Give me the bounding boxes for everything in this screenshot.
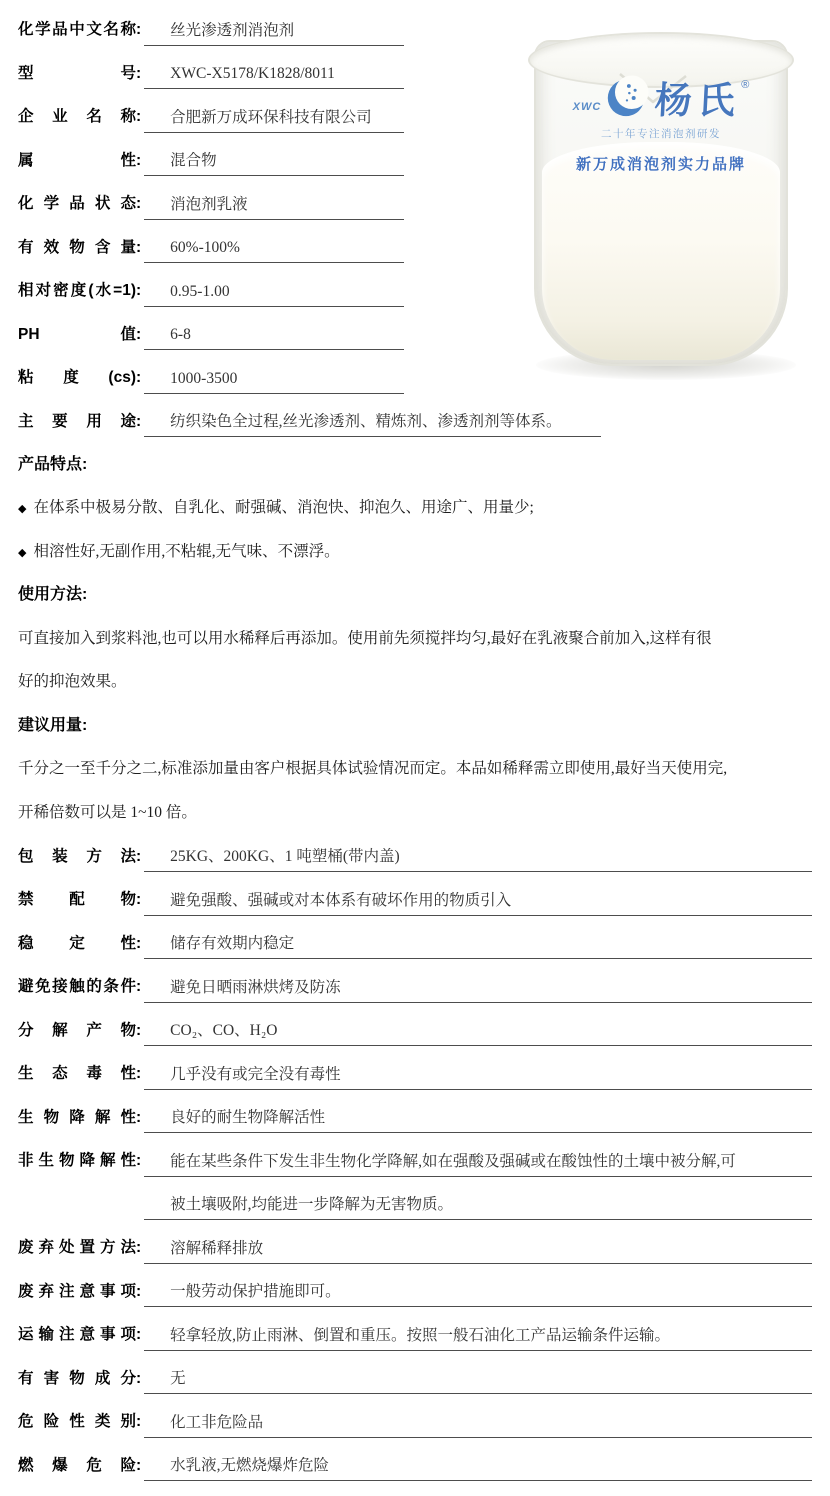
field-label: 危险性类别 xyxy=(18,1413,136,1437)
product-photo: XWC 杨氏 ® 二十年专注消泡剂研发 新万成消泡剂实力品牌 xyxy=(500,24,822,382)
field-label: 避免接触的条件 xyxy=(18,978,136,1002)
field-row: 危险性类别:化工非危险品 xyxy=(18,1394,812,1438)
field-value: 混合物 xyxy=(170,152,217,169)
field-value: 避免日晒雨淋烘烤及防冻 xyxy=(170,979,341,996)
field-value: 60%-100% xyxy=(170,239,240,256)
field-label: 燃爆危险 xyxy=(18,1457,136,1481)
sections-container: 产品特点:◆在体系中极易分散、自乳化、耐强碱、消泡快、抑泡久、用途广、用量少;◆… xyxy=(18,437,812,829)
field-value: 0.95-1.00 xyxy=(170,283,229,300)
field-colon: : xyxy=(136,282,141,306)
field-row: 生物降解性:良好的耐生物降解活性 xyxy=(18,1090,812,1134)
brand-name-text: 杨氏 xyxy=(654,70,743,124)
field-label: 废弃注意事项 xyxy=(18,1283,136,1307)
section-heading: 建议用量: xyxy=(18,698,812,742)
field-label: 有害物成分 xyxy=(18,1370,136,1394)
field-colon: : xyxy=(136,195,141,219)
field-colon: : xyxy=(136,978,141,1002)
field-underline: 丝光渗透剂消泡剂 xyxy=(144,22,404,46)
field-colon: : xyxy=(136,413,141,437)
field-colon: : xyxy=(136,239,141,263)
field-value: 储存有效期内稳定 xyxy=(170,935,294,952)
field-label: 化学品状态 xyxy=(18,195,136,219)
bullet-item: ◆相溶性好,无副作用,不粘辊,无气味、不漂浮。 xyxy=(18,524,812,568)
field-underline: 轻拿轻放,防止雨淋、倒置和重压。按照一般石油化工产品运输条件运输。 xyxy=(144,1327,812,1351)
field-underline: 1000-3500 xyxy=(144,370,404,394)
field-row: 避免接触的条件:避免日晒雨淋烘烤及防冻 xyxy=(18,959,812,1003)
field-label: 化学品中文名称 xyxy=(18,21,136,45)
field-underline: 溶解稀释排放 xyxy=(144,1240,812,1264)
field-label: 主要用途 xyxy=(18,413,136,437)
brand-slogan-text: 新万成消泡剂实力品牌 xyxy=(576,153,746,174)
paragraph-line: 开稀倍数可以是 1~10 倍。 xyxy=(18,785,812,829)
field-colon: : xyxy=(136,21,141,45)
field-colon: : xyxy=(136,891,141,915)
field-colon: : xyxy=(136,108,141,132)
field-value: 纺织染色全过程,丝光渗透剂、精炼剂、渗透剂剂等体系。 xyxy=(170,413,561,430)
field-row: 包装方法:25KG、200KG、1 吨塑桶(带内盖) xyxy=(18,829,812,873)
field-value: 水乳液,无燃烧爆炸危险 xyxy=(170,1457,329,1474)
field-row: 运输注意事项:轻拿轻放,防止雨淋、倒置和重压。按照一般石油化工产品运输条件运输。 xyxy=(18,1307,812,1351)
paragraph-line: 千分之一至千分之二,标准添加量由客户根据具体试验情况而定。本品如稀释需立即使用,… xyxy=(18,742,812,786)
field-underline: 消泡剂乳液 xyxy=(144,196,404,220)
field-label: 包装方法 xyxy=(18,848,136,872)
field-underline: 无 xyxy=(144,1370,812,1394)
field-label: 稳定性 xyxy=(18,935,136,959)
field-colon: : xyxy=(136,326,141,350)
field-underline: 混合物 xyxy=(144,152,404,176)
field-value: 避免强酸、强碱或对本体系有破坏作用的物质引入 xyxy=(170,892,511,909)
field-underline: 化工非危险品 xyxy=(144,1414,812,1438)
field-value: 6-8 xyxy=(170,326,191,343)
field-underline: 25KG、200KG、1 吨塑桶(带内盖) xyxy=(144,848,812,872)
field-label: 生态毒性 xyxy=(18,1065,136,1089)
field-value: CO₂、CO、H₂O xyxy=(170,1022,277,1039)
field-underline: 60%-100% xyxy=(144,239,404,263)
field-colon: : xyxy=(136,1457,141,1481)
field-colon: : xyxy=(136,1239,141,1263)
field-value: 被土壤吸附,均能进一步降解为无害物质。 xyxy=(170,1196,453,1213)
brand-prefix-text: XWC xyxy=(573,101,602,113)
field-value: 丝光渗透剂消泡剂 xyxy=(170,22,294,39)
field-label: 有效物含量 xyxy=(18,239,136,263)
field-underline: 一般劳动保护措施即可。 xyxy=(144,1283,812,1307)
field-label: 运输注意事项 xyxy=(18,1326,136,1350)
crescent-moon-icon xyxy=(603,74,649,120)
field-colon: : xyxy=(136,1370,141,1394)
field-colon: : xyxy=(136,1152,141,1176)
field-row: 分解产物:CO₂、CO、H₂O xyxy=(18,1003,812,1047)
field-underline: 能在某些条件下发生非生物化学降解,如在强酸及强碱或在酸蚀性的土壤中被分解,可 xyxy=(144,1153,812,1177)
brand-tagline-text: 二十年专注消泡剂研发 xyxy=(601,126,721,141)
field-colon: : xyxy=(136,848,141,872)
field-value: 能在某些条件下发生非生物化学降解,如在强酸及强碱或在酸蚀性的土壤中被分解,可 xyxy=(170,1153,736,1170)
paragraph-line: 可直接加入到浆料池,也可以用水稀释后再添加。使用前先须搅拌均匀,最好在乳液聚合前… xyxy=(18,611,812,655)
field-underline: 良好的耐生物降解活性 xyxy=(144,1109,812,1133)
diamond-bullet-icon: ◆ xyxy=(18,502,26,515)
field-label: 型号 xyxy=(18,65,136,89)
field-underline: 水乳液,无燃烧爆炸危险 xyxy=(144,1457,812,1481)
field-colon: : xyxy=(136,935,141,959)
field-label: 非生物降解性 xyxy=(18,1152,136,1176)
section-heading: 使用方法: xyxy=(18,568,812,612)
bullet-text: 相溶性好,无副作用,不粘辊,无气味、不漂浮。 xyxy=(33,539,339,561)
field-colon: : xyxy=(136,1022,141,1046)
field-underline: 几乎没有或完全没有毒性 xyxy=(144,1066,812,1090)
field-label: 生物降解性 xyxy=(18,1109,136,1133)
field-label: 分解产物 xyxy=(18,1022,136,1046)
field-colon: : xyxy=(136,1109,141,1133)
field-underline: 避免强酸、强碱或对本体系有破坏作用的物质引入 xyxy=(144,892,812,916)
field-underline: 6-8 xyxy=(144,326,404,350)
field-row-continuation: 非生物降解性:被土壤吸附,均能进一步降解为无害物质。 xyxy=(18,1177,812,1221)
field-value: 化工非危险品 xyxy=(170,1414,263,1431)
field-label: PH值 xyxy=(18,326,136,350)
field-value: 一般劳动保护措施即可。 xyxy=(170,1283,341,1300)
bullet-item: ◆在体系中极易分散、自乳化、耐强碱、消泡快、抑泡久、用途广、用量少; xyxy=(18,481,812,525)
field-underline: 被土壤吸附,均能进一步降解为无害物质。 xyxy=(144,1196,812,1220)
field-value: 消泡剂乳液 xyxy=(170,196,248,213)
paragraph-line: 好的抑泡效果。 xyxy=(18,655,812,699)
section-heading: 产品特点: xyxy=(18,437,812,481)
field-value: 轻拿轻放,防止雨淋、倒置和重压。按照一般石油化工产品运输条件运输。 xyxy=(170,1327,670,1344)
field-value: 1000-3500 xyxy=(170,370,237,387)
field-label: 禁配物 xyxy=(18,891,136,915)
brand-logo: XWC 杨氏 ® 二十年专注消泡剂研发 新万成消泡剂实力品牌 xyxy=(500,70,822,174)
detail-fields-list: 包装方法:25KG、200KG、1 吨塑桶(带内盖)禁配物:避免强酸、强碱或对本… xyxy=(18,829,812,1482)
usage-field-row: 主要用途:纺织染色全过程,丝光渗透剂、精炼剂、渗透剂剂等体系。 xyxy=(18,394,812,438)
field-label: 废弃处置方法 xyxy=(18,1239,136,1263)
field-row: 生态毒性:几乎没有或完全没有毒性 xyxy=(18,1046,812,1090)
field-row: 燃爆危险:水乳液,无燃烧爆炸危险 xyxy=(18,1438,812,1482)
field-underline: 储存有效期内稳定 xyxy=(144,935,812,959)
field-value: 无 xyxy=(170,1370,186,1387)
bullet-text: 在体系中极易分散、自乳化、耐强碱、消泡快、抑泡久、用途广、用量少; xyxy=(33,495,533,517)
registered-trademark-icon: ® xyxy=(741,79,749,91)
field-value: 合肥新万成环保科技有限公司 xyxy=(170,109,372,126)
diamond-bullet-icon: ◆ xyxy=(18,546,26,559)
field-label: 粘度(cs) xyxy=(18,369,136,393)
field-value: 25KG、200KG、1 吨塑桶(带内盖) xyxy=(170,848,399,865)
field-underline: 纺织染色全过程,丝光渗透剂、精炼剂、渗透剂剂等体系。 xyxy=(144,413,601,437)
field-colon: : xyxy=(136,65,141,89)
field-colon: : xyxy=(136,1283,141,1307)
field-row: 有害物成分:无 xyxy=(18,1351,812,1395)
field-row: 禁配物:避免强酸、强碱或对本体系有破坏作用的物质引入 xyxy=(18,872,812,916)
field-colon: : xyxy=(136,152,141,176)
field-row: 废弃注意事项:一般劳动保护措施即可。 xyxy=(18,1264,812,1308)
field-value: 几乎没有或完全没有毒性 xyxy=(170,1066,341,1083)
field-colon: : xyxy=(136,369,141,393)
field-label: 相对密度(水=1) xyxy=(18,282,136,306)
field-underline: 合肥新万成环保科技有限公司 xyxy=(144,109,404,133)
field-colon: : xyxy=(136,1065,141,1089)
field-underline: XWC-X5178/K1828/8011 xyxy=(144,65,404,89)
field-row: 非生物降解性:能在某些条件下发生非生物化学降解,如在强酸及强碱或在酸蚀性的土壤中… xyxy=(18,1133,812,1177)
field-row: 主要用途:纺织染色全过程,丝光渗透剂、精炼剂、渗透剂剂等体系。 xyxy=(18,394,812,438)
field-value: 良好的耐生物降解活性 xyxy=(170,1109,325,1126)
field-label: 企业名称 xyxy=(18,108,136,132)
field-value: 溶解稀释排放 xyxy=(170,1240,263,1257)
field-colon: : xyxy=(136,1326,141,1350)
field-row: 废弃处置方法:溶解稀释排放 xyxy=(18,1220,812,1264)
field-label: 属性 xyxy=(18,152,136,176)
field-row: 稳定性:储存有效期内稳定 xyxy=(18,916,812,960)
field-underline: 0.95-1.00 xyxy=(144,283,404,307)
field-value: XWC-X5178/K1828/8011 xyxy=(170,65,335,82)
field-underline: 避免日晒雨淋烘烤及防冻 xyxy=(144,979,812,1003)
field-colon: : xyxy=(136,1413,141,1437)
field-underline: CO₂、CO、H₂O xyxy=(144,1022,812,1046)
beaker-liquid xyxy=(542,142,780,360)
